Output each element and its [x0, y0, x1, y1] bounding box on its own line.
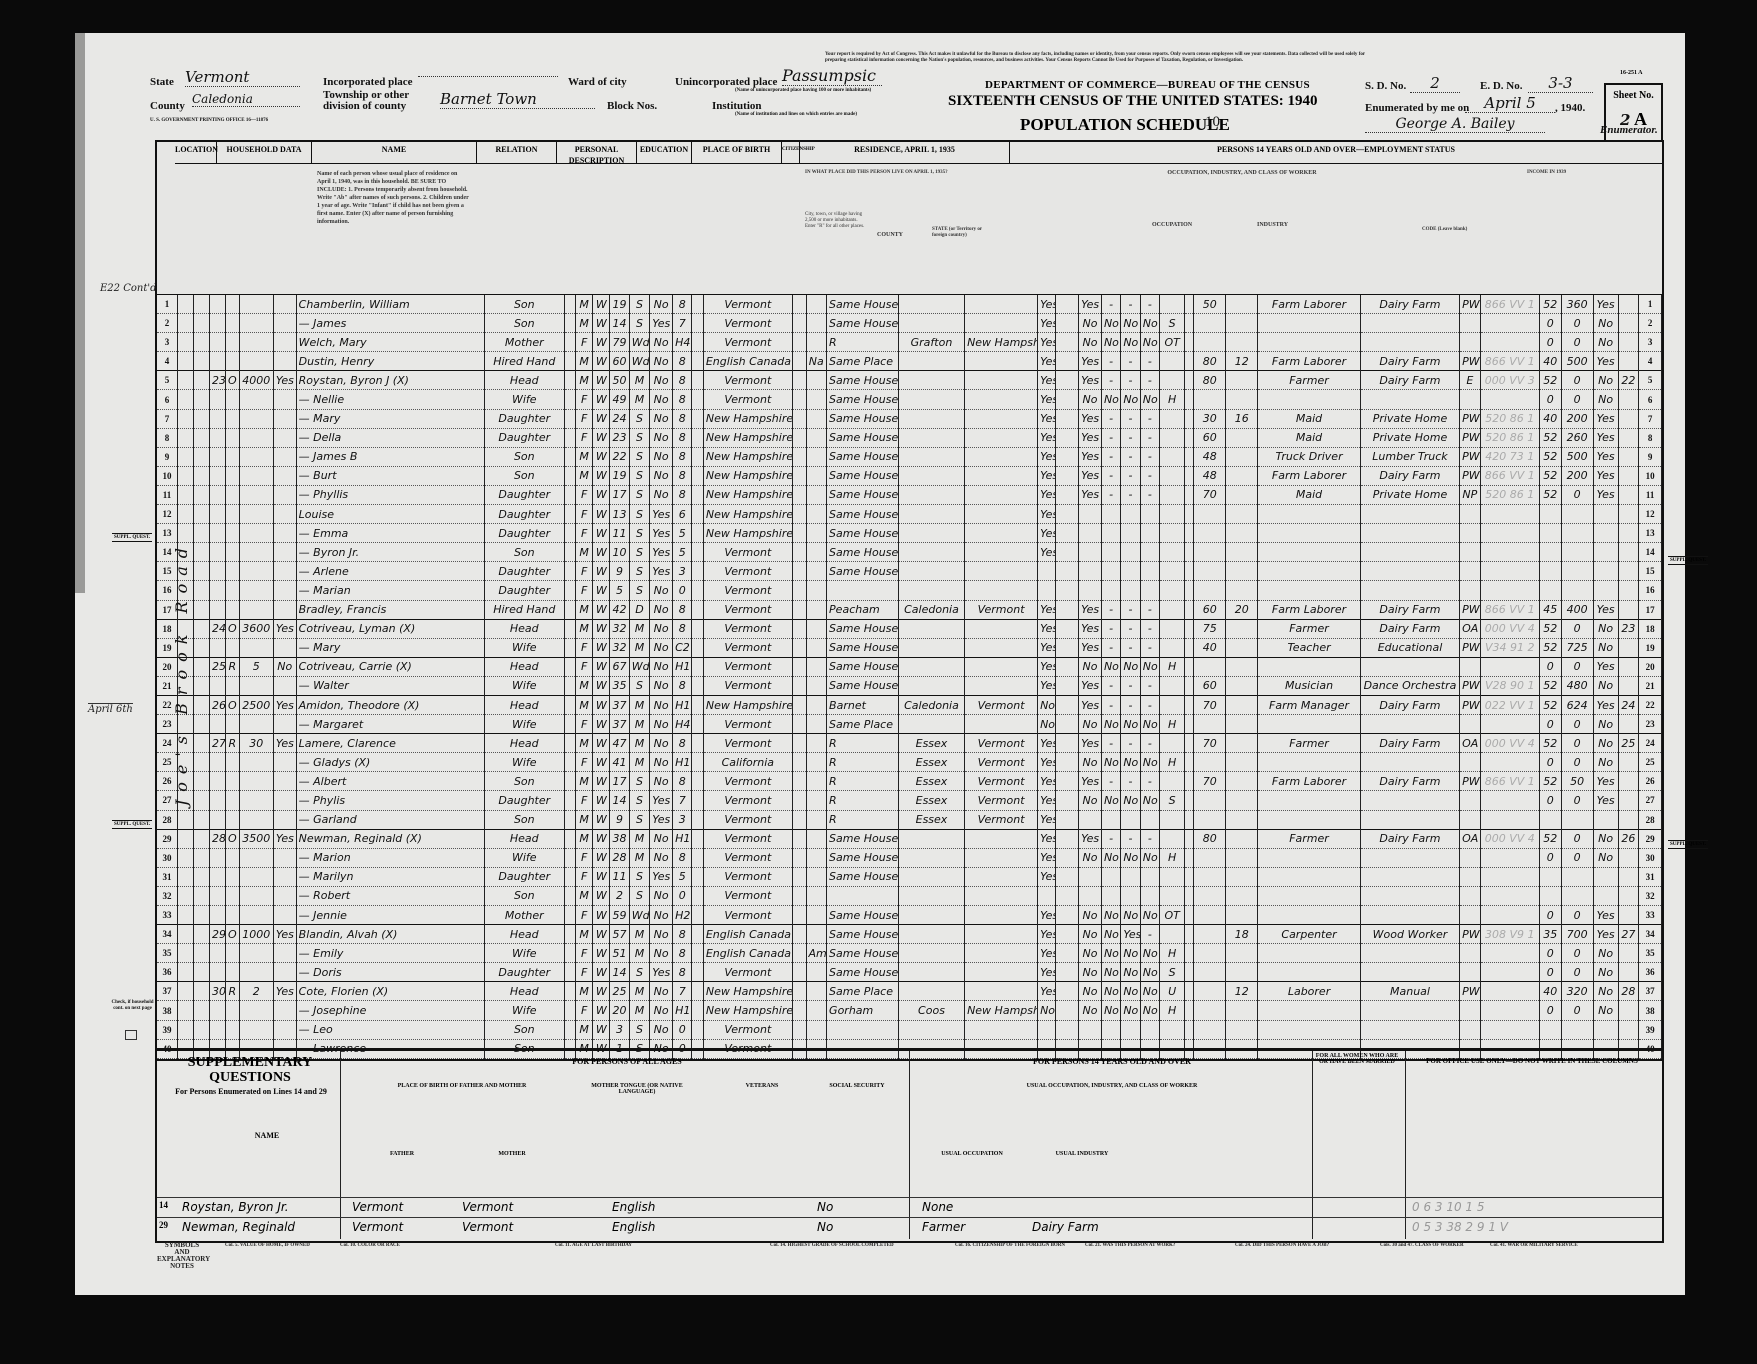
cell-relation: Daughter [484, 562, 564, 581]
cell-grade: 8 [673, 485, 692, 504]
cell-codeD [1056, 715, 1079, 734]
cell-cit [806, 1001, 827, 1020]
cell-farm-no [1618, 848, 1639, 867]
cell-class [1460, 581, 1481, 600]
cell-owned [225, 428, 239, 447]
cell-res-county: Essex [898, 753, 964, 772]
cell-c22: No [1101, 314, 1120, 333]
cell-wages: 200 [1561, 466, 1593, 485]
cell-c25: S [1160, 314, 1185, 333]
cell-c22: - [1101, 638, 1120, 657]
cell-res-state [965, 314, 1038, 333]
cell-c24: - [1140, 734, 1159, 753]
line-number: 11 [1639, 485, 1662, 504]
cell-relation: Head [484, 619, 564, 638]
cell-value: 5 [239, 657, 273, 676]
cell-codeD [1056, 295, 1079, 314]
cell-weeks: 40 [1539, 982, 1561, 1001]
cell-school: No [650, 409, 673, 428]
cell-farm [273, 906, 296, 925]
cell-codeD [1056, 562, 1079, 581]
cell-codeE [1185, 963, 1194, 982]
cell-c21: Yes [1079, 371, 1102, 390]
cell-codeA [564, 925, 575, 944]
cell-c25 [1160, 524, 1185, 543]
cell-owned: O [225, 619, 239, 638]
cell-house [209, 600, 225, 619]
cell-cit [806, 295, 827, 314]
cell-farm [273, 600, 296, 619]
cell-housenum [194, 925, 210, 944]
cell-codeB [692, 695, 703, 714]
cell-name: Cotriveau, Carrie (X) [296, 657, 484, 676]
cell-weeks [1539, 505, 1561, 524]
cell-code [1480, 944, 1539, 963]
cell-owned [225, 543, 239, 562]
cell-other [1593, 886, 1618, 905]
cell-street [178, 485, 194, 504]
table-row: 523O4000YesRoystan, Byron J (X)HeadMW50M… [157, 371, 1662, 390]
cell-c26: 40 [1194, 638, 1226, 657]
cell-res-city: Same House [827, 466, 899, 485]
cell-res-city: R [827, 753, 899, 772]
cell-age: 51 [610, 944, 629, 963]
cell-owned [225, 333, 239, 352]
cell-occupation [1258, 524, 1361, 543]
cell-value [239, 409, 273, 428]
cell-farm35: Yes [1038, 906, 1056, 925]
cell-grade: 8 [673, 428, 692, 447]
cell-c26: 60 [1194, 676, 1226, 695]
cell-farm-no [1618, 715, 1639, 734]
cell-cit [806, 982, 827, 1001]
cell-res-county [898, 466, 964, 485]
cell-age: 32 [610, 619, 629, 638]
cell-c27 [1226, 867, 1258, 886]
table-row: 33— JennieMotherFW59WdNoH2VermontSame Ho… [157, 906, 1662, 925]
cell-codeA [564, 485, 575, 504]
cell-farm [273, 676, 296, 695]
cell-c27 [1226, 734, 1258, 753]
cell-relation: Daughter [484, 524, 564, 543]
line-number: 35 [157, 944, 178, 963]
cell-c25: U [1160, 982, 1185, 1001]
census-title: SIXTEENTH CENSUS OF THE UNITED STATES: 1… [948, 93, 1318, 110]
cell-value [239, 428, 273, 447]
cell-weeks: 45 [1539, 600, 1561, 619]
cell-marital: S [629, 485, 650, 504]
cell-weeks [1539, 562, 1561, 581]
cell-industry [1360, 810, 1459, 829]
cell-sex: F [576, 333, 593, 352]
cell-housenum [194, 772, 210, 791]
cell-c23 [1121, 867, 1140, 886]
cell-wages [1561, 524, 1593, 543]
cell-value [239, 333, 273, 352]
cell-birthplace: Vermont [703, 333, 792, 352]
cell-industry [1360, 944, 1459, 963]
cell-sex: F [576, 657, 593, 676]
cell-cit [806, 695, 827, 714]
cell-farm35: Yes [1038, 333, 1056, 352]
cell-name: Amidon, Theodore (X) [296, 695, 484, 714]
cell-res-state: New Hampshire [965, 333, 1038, 352]
cell-res-city: Same House [827, 562, 899, 581]
cell-other: No [1593, 314, 1618, 333]
cell-c23 [1121, 562, 1140, 581]
cell-house [209, 1001, 225, 1020]
cell-codeE [1185, 1020, 1194, 1039]
section-relation: RELATION [477, 142, 557, 164]
cell-farm-no [1618, 1001, 1639, 1020]
cell-weeks: 52 [1539, 447, 1561, 466]
cell-c24 [1140, 505, 1159, 524]
cell-codeC [792, 925, 806, 944]
cell-farm-no [1618, 505, 1639, 524]
supp-name: Roystan, Byron Jr. [182, 1200, 289, 1214]
cell-birthplace: English Canada [703, 925, 792, 944]
cell-owned [225, 753, 239, 772]
cell-housenum [194, 314, 210, 333]
cell-code [1480, 791, 1539, 810]
cell-birthplace: Vermont [703, 562, 792, 581]
cell-wages: 0 [1561, 791, 1593, 810]
cell-c26 [1194, 1020, 1226, 1039]
cell-name: — Albert [296, 772, 484, 791]
cell-house [209, 485, 225, 504]
cell-occupation [1258, 657, 1361, 676]
cell-res-state [965, 982, 1038, 1001]
cell-owned: O [225, 371, 239, 390]
cell-occupation [1258, 867, 1361, 886]
cell-weeks: 0 [1539, 1001, 1561, 1020]
cell-c26 [1194, 925, 1226, 944]
cell-class [1460, 753, 1481, 772]
cell-farm-no [1618, 886, 1639, 905]
cell-relation: Son [484, 772, 564, 791]
cell-codeE [1185, 524, 1194, 543]
cell-relation: Head [484, 371, 564, 390]
line-number: 33 [1639, 906, 1662, 925]
cell-value [239, 466, 273, 485]
cell-farm-no [1618, 428, 1639, 447]
census-rows: 1Chamberlin, WilliamSonMW19SNo8VermontSa… [157, 295, 1662, 1059]
cell-codeC [792, 619, 806, 638]
cell-res-city: Same House [827, 485, 899, 504]
cell-res-state [965, 676, 1038, 695]
cell-c27 [1226, 524, 1258, 543]
cell-c25: H [1160, 715, 1185, 734]
cell-codeB [692, 333, 703, 352]
cell-industry [1360, 963, 1459, 982]
cell-codeC [792, 1001, 806, 1020]
cell-res-state: Vermont [965, 772, 1038, 791]
cell-codeC [792, 753, 806, 772]
cell-c24: No [1140, 753, 1159, 772]
cell-occupation [1258, 715, 1361, 734]
line-number: 38 [1639, 1001, 1662, 1020]
cell-c21 [1079, 1020, 1102, 1039]
cell-name: — Gladys (X) [296, 753, 484, 772]
cell-weeks: 0 [1539, 963, 1561, 982]
cell-c22: No [1101, 963, 1120, 982]
cell-wages: 0 [1561, 1001, 1593, 1020]
cell-value [239, 944, 273, 963]
cell-c26 [1194, 1001, 1226, 1020]
cell-cit [806, 428, 827, 447]
cell-other: Yes [1593, 466, 1618, 485]
line-number: 35 [1639, 944, 1662, 963]
cell-codeD [1056, 810, 1079, 829]
supp-row-29: 29 Newman, Reginald Vermont Vermont Engl… [157, 1217, 1662, 1238]
cell-name: — James [296, 314, 484, 333]
cell-codeC [792, 314, 806, 333]
cell-other: No [1593, 1001, 1618, 1020]
cell-c24: No [1140, 944, 1159, 963]
cell-school: No [650, 657, 673, 676]
cell-c22: No [1101, 333, 1120, 352]
cell-name: Cote, Florien (X) [296, 982, 484, 1001]
cell-sex: M [576, 925, 593, 944]
cell-street [178, 886, 194, 905]
cell-race: W [593, 485, 610, 504]
cell-house [209, 352, 225, 371]
line-number: 15 [1639, 562, 1662, 581]
cell-weeks: 52 [1539, 371, 1561, 390]
cell-value [239, 352, 273, 371]
cell-marital: S [629, 886, 650, 905]
cell-owned [225, 466, 239, 485]
cell-farm-no [1618, 791, 1639, 810]
cell-house [209, 867, 225, 886]
cell-school: Yes [650, 562, 673, 581]
cell-c26 [1194, 982, 1226, 1001]
cell-marital: M [629, 390, 650, 409]
cell-wages: 0 [1561, 963, 1593, 982]
cell-race: W [593, 543, 610, 562]
table-row: 15— ArleneDaughterFW9SYes3VermontSame Ho… [157, 562, 1662, 581]
cell-class: PW [1460, 925, 1481, 944]
cell-code [1480, 982, 1539, 1001]
cell-housenum [194, 829, 210, 848]
cell-class [1460, 810, 1481, 829]
cell-c25 [1160, 925, 1185, 944]
cell-name: Louise [296, 505, 484, 524]
cell-owned: R [225, 734, 239, 753]
cell-value [239, 562, 273, 581]
cell-farm35: Yes [1038, 352, 1056, 371]
cell-farm [273, 886, 296, 905]
cell-code [1480, 867, 1539, 886]
cell-codeD [1056, 390, 1079, 409]
cell-industry: Dance Orchestra [1360, 676, 1459, 695]
cell-res-state [965, 715, 1038, 734]
cell-farm-no [1618, 485, 1639, 504]
cell-farm [273, 485, 296, 504]
cell-c27 [1226, 963, 1258, 982]
supp-office: 0 5 3 38 2 9 1 V [1412, 1220, 1508, 1234]
cell-grade: 0 [673, 581, 692, 600]
line-number: 22 [1639, 695, 1662, 714]
cell-other: No [1593, 753, 1618, 772]
cell-c23: - [1121, 447, 1140, 466]
cell-res-county [898, 638, 964, 657]
cell-house [209, 409, 225, 428]
line-number: 17 [1639, 600, 1662, 619]
cell-c21: Yes [1079, 352, 1102, 371]
cell-farm-no: 25 [1618, 734, 1639, 753]
cell-code: 022 VV 1 [1480, 695, 1539, 714]
cell-wages [1561, 1020, 1593, 1039]
cell-c25: S [1160, 791, 1185, 810]
cell-other [1593, 562, 1618, 581]
cell-codeA [564, 371, 575, 390]
cell-code [1480, 963, 1539, 982]
cell-wages: 500 [1561, 352, 1593, 371]
line-number: 29 [157, 829, 178, 848]
cell-code: 866 VV 1 [1480, 772, 1539, 791]
supplementary-title: SUPPLEMENTARY QUESTIONS [165, 1055, 335, 1085]
cell-res-county [898, 543, 964, 562]
cell-school: No [650, 676, 673, 695]
cell-c24 [1140, 886, 1159, 905]
cell-other [1593, 1020, 1618, 1039]
col29-header: INDUSTRY [1257, 222, 1288, 228]
line-number: 30 [1639, 848, 1662, 867]
cell-c21: No [1079, 925, 1102, 944]
table-row: 3429O1000YesBlandin, Alvah (X)HeadMW57MN… [157, 925, 1662, 944]
cell-res-city: Same House [827, 963, 899, 982]
cell-birthplace: Vermont [703, 371, 792, 390]
cell-owned: O [225, 695, 239, 714]
cell-res-city: Same House [827, 906, 899, 925]
cell-c22: - [1101, 295, 1120, 314]
cell-res-county [898, 562, 964, 581]
cell-owned [225, 562, 239, 581]
cell-farm-no [1618, 562, 1639, 581]
cell-codeB [692, 505, 703, 524]
ed-label: E. D. No. [1480, 80, 1522, 92]
cell-codeA [564, 638, 575, 657]
cell-value [239, 485, 273, 504]
cell-marital: S [629, 581, 650, 600]
cell-code [1480, 562, 1539, 581]
cell-res-city: Same House [827, 619, 899, 638]
cell-c27 [1226, 829, 1258, 848]
cell-code [1480, 314, 1539, 333]
cell-codeE [1185, 791, 1194, 810]
cell-race: W [593, 524, 610, 543]
block-label: Block Nos. [607, 100, 657, 112]
cell-sex: F [576, 753, 593, 772]
cell-farm35: Yes [1038, 390, 1056, 409]
cell-c23: - [1121, 619, 1140, 638]
cell-other [1593, 810, 1618, 829]
cell-c24: No [1140, 657, 1159, 676]
cell-c24: No [1140, 390, 1159, 409]
cell-street [178, 390, 194, 409]
cell-race: W [593, 810, 610, 829]
cell-school: No [650, 638, 673, 657]
cell-birthplace: Vermont [703, 390, 792, 409]
date-note: April 6th [88, 703, 133, 715]
cell-wages: 360 [1561, 295, 1593, 314]
cell-sex: M [576, 447, 593, 466]
cell-codeB [692, 867, 703, 886]
cell-age: 32 [610, 638, 629, 657]
cell-farm [273, 1001, 296, 1020]
cell-farm-no [1618, 447, 1639, 466]
cell-name: — Nellie [296, 390, 484, 409]
cell-codeC [792, 581, 806, 600]
cell-weeks: 40 [1539, 409, 1561, 428]
cell-school: No [650, 829, 673, 848]
cell-res-state: New Hampshire [965, 1001, 1038, 1020]
cell-c25 [1160, 295, 1185, 314]
cell-value: 3500 [239, 829, 273, 848]
cell-c21: No [1079, 906, 1102, 925]
cell-res-city: Same House [827, 295, 899, 314]
cell-wages: 0 [1561, 848, 1593, 867]
cell-industry: Dairy Farm [1360, 695, 1459, 714]
cell-res-county: Essex [898, 772, 964, 791]
cell-cit [806, 524, 827, 543]
mother-tongue-header: MOTHER TONGUE (OR NATIVE LANGUAGE) [582, 1083, 692, 1095]
cell-c22: - [1101, 619, 1120, 638]
cell-value [239, 543, 273, 562]
cell-farm-no [1618, 543, 1639, 562]
cell-codeA [564, 1020, 575, 1039]
cell-farm-no [1618, 753, 1639, 772]
cell-name: Bradley, Francis [296, 600, 484, 619]
cell-codeD [1056, 925, 1079, 944]
cell-codeE [1185, 428, 1194, 447]
cell-school: No [650, 371, 673, 390]
cell-sex: F [576, 562, 593, 581]
section-residence: RESIDENCE, APRIL 1, 1935 [800, 142, 1010, 164]
cell-c24: No [1140, 791, 1159, 810]
cell-farm-no [1618, 409, 1639, 428]
cell-name: — Walter [296, 676, 484, 695]
table-row: 39— LeoSonMW3SNo0Vermont39 [157, 1020, 1662, 1039]
cell-marital: S [629, 963, 650, 982]
cell-c27 [1226, 447, 1258, 466]
cell-race: W [593, 466, 610, 485]
continuation-checkbox[interactable] [125, 1030, 137, 1040]
cell-marital: S [629, 428, 650, 447]
cell-occupation [1258, 906, 1361, 925]
cell-other: No [1593, 982, 1618, 1001]
cell-relation: Wife [484, 848, 564, 867]
cell-class [1460, 505, 1481, 524]
all-ages-header: FOR PERSONS OF ALL AGES [347, 1057, 907, 1066]
cell-c25 [1160, 600, 1185, 619]
cell-codeE [1185, 676, 1194, 695]
cell-c25 [1160, 772, 1185, 791]
cell-age: 19 [610, 466, 629, 485]
cell-res-city: Same Place [827, 982, 899, 1001]
cell-farm35: Yes [1038, 810, 1056, 829]
cell-codeE [1185, 715, 1194, 734]
cell-housenum [194, 581, 210, 600]
cell-codeB [692, 485, 703, 504]
cell-birthplace: Vermont [703, 1020, 792, 1039]
cell-occupation [1258, 581, 1361, 600]
cell-c25: H [1160, 944, 1185, 963]
cell-name: Roystan, Byron J (X) [296, 371, 484, 390]
cell-class [1460, 944, 1481, 963]
cell-occupation: Maid [1258, 409, 1361, 428]
